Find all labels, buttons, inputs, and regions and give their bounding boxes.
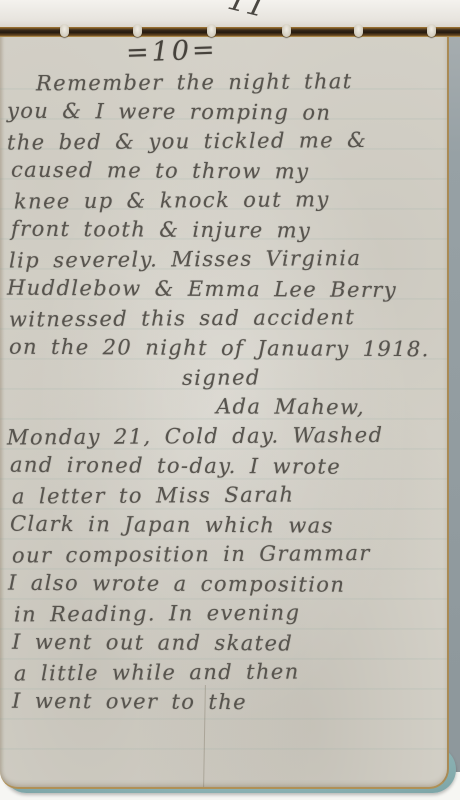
notebook-page: =10= Remember the night that you & I wer… bbox=[0, 30, 449, 789]
handwritten-line: Clark in Japan which was bbox=[10, 509, 441, 541]
handwritten-line: Huddlebow & Emma Lee Berry bbox=[7, 273, 441, 305]
handwritten-line: a letter to Miss Sarah bbox=[12, 480, 441, 512]
stitch-mark bbox=[60, 24, 69, 37]
stitch-mark bbox=[207, 24, 216, 37]
handwritten-line: Remember the night that bbox=[36, 67, 441, 99]
handwritten-line: witnessed this sad accident bbox=[9, 302, 441, 335]
signed-label: signed bbox=[182, 362, 441, 393]
handwritten-line: on the 20 night of January 1918. bbox=[9, 332, 441, 364]
handwritten-line: I went over to the bbox=[12, 686, 441, 718]
handwritten-line: you & I were romping on bbox=[7, 96, 441, 128]
handwritten-line: lip severely. Misses Virginia bbox=[9, 243, 441, 276]
previous-page-number: 11 bbox=[224, 0, 270, 25]
handwritten-line: Monday 21, Cold day. Washed bbox=[7, 420, 441, 453]
handwritten-line: caused me to throw my bbox=[11, 155, 441, 187]
handwritten-line: in Reading. In evening bbox=[14, 598, 441, 630]
handwritten-line: front tooth & injure my bbox=[11, 214, 441, 246]
flipped-pages-edge: 11 bbox=[0, 0, 460, 29]
handwritten-line: the bed & you tickled me & bbox=[7, 125, 441, 158]
stitch-mark bbox=[282, 24, 291, 37]
handwritten-line: I also wrote a composition bbox=[8, 568, 441, 600]
stitch-mark bbox=[354, 24, 363, 37]
signature: Ada Mahew, bbox=[216, 392, 441, 423]
notebook-photo: =10= Remember the night that you & I wer… bbox=[0, 0, 460, 800]
handwritten-line: our composition in Grammar bbox=[12, 539, 441, 571]
stitch-mark bbox=[427, 24, 436, 37]
handwritten-line: and ironed to-day. I wrote bbox=[10, 450, 441, 482]
stitch-mark bbox=[133, 24, 142, 37]
handwritten-line: a little while and then bbox=[14, 657, 441, 689]
diary-entry: Remember the night that you & I were rom… bbox=[6, 68, 441, 717]
handwritten-line: knee up & knock out my bbox=[14, 185, 441, 217]
page-number: =10= bbox=[125, 34, 218, 68]
handwritten-line: I went out and skated bbox=[12, 627, 441, 659]
binding-edge bbox=[0, 27, 460, 37]
